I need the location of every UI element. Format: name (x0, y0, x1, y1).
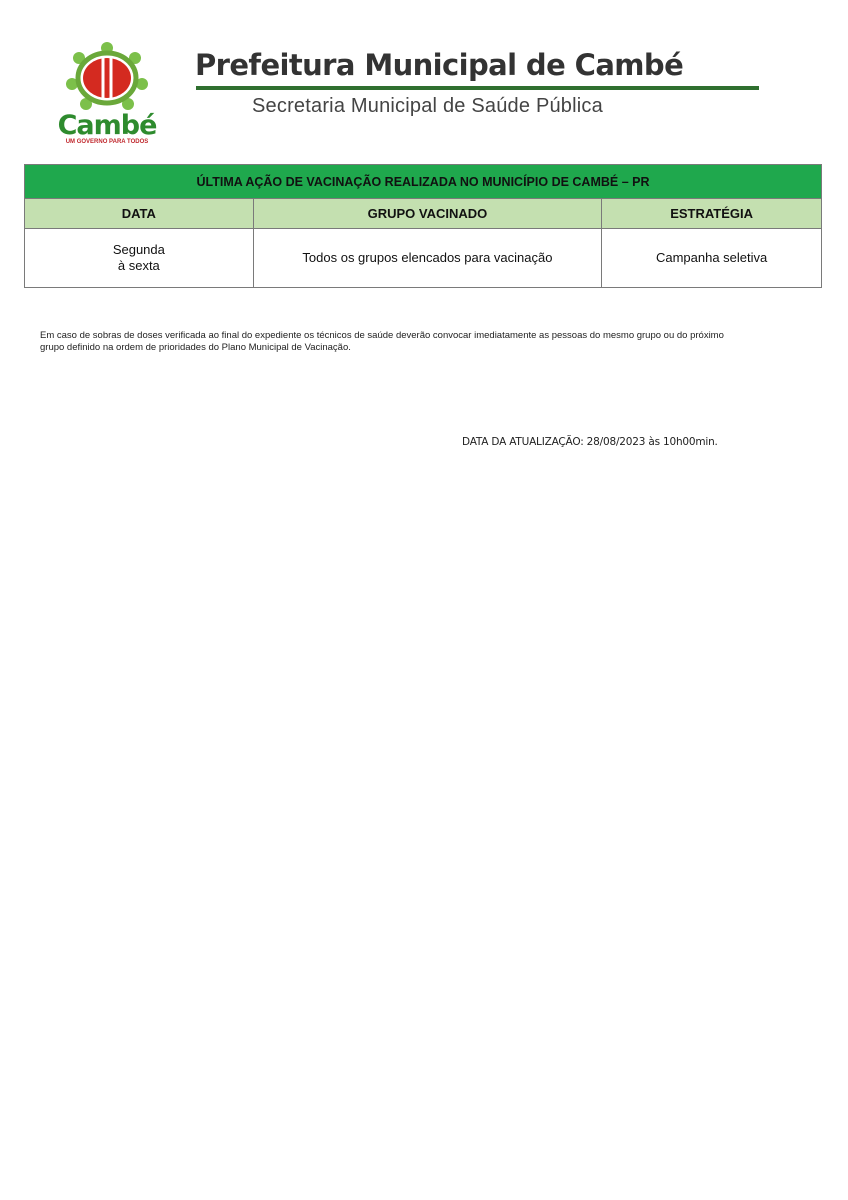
table-header-row: DATA GRUPO VACINADO ESTRATÉGIA (25, 199, 822, 229)
cell-data-line1: Segunda (25, 242, 253, 258)
cell-estrategia: Campanha seletiva (602, 229, 822, 288)
title-divider (196, 86, 759, 90)
table-row: Segunda à sexta Todos os grupos elencado… (25, 229, 822, 288)
column-header-grupo: GRUPO VACINADO (253, 199, 602, 229)
leftover-doses-notice: Em caso de sobras de doses verificada ao… (40, 330, 730, 354)
page-title: Prefeitura Municipal de Cambé (195, 48, 765, 82)
cell-grupo: Todos os grupos elencados para vacinação (253, 229, 602, 288)
vaccination-table: ÚLTIMA AÇÃO DE VACINAÇÃO REALIZADA NO MU… (24, 164, 822, 288)
logo-slogan: UM GOVERNO PARA TODOS (48, 139, 166, 146)
cambe-logo: Cambé UM GOVERNO PARA TODOS (48, 40, 166, 148)
column-header-estrategia: ESTRATÉGIA (602, 199, 822, 229)
cell-data-line2: à sexta (25, 258, 253, 274)
update-timestamp: DATA DA ATUALIZAÇÃO: 28/08/2023 às 10h00… (462, 436, 718, 448)
column-header-data: DATA (25, 199, 254, 229)
cell-data: Segunda à sexta (25, 229, 254, 288)
cambe-emblem-icon (48, 40, 166, 112)
page-subtitle: Secretaria Municipal de Saúde Pública (252, 95, 603, 118)
logo-name: Cambé (48, 112, 166, 140)
table-title: ÚLTIMA AÇÃO DE VACINAÇÃO REALIZADA NO MU… (25, 165, 822, 199)
table-title-row: ÚLTIMA AÇÃO DE VACINAÇÃO REALIZADA NO MU… (25, 165, 822, 199)
